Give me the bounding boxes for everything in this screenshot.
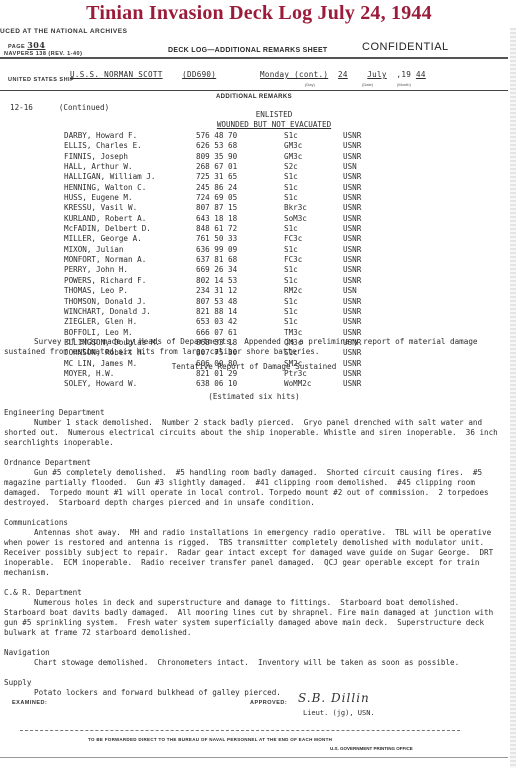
- crew-name: FINNIS, Joseph: [64, 152, 196, 162]
- enlisted-heading: ENLISTED: [0, 110, 508, 120]
- crew-name: MIXON, Julian: [64, 245, 196, 255]
- crew-name: ELLIS, Charles E.: [64, 141, 196, 151]
- service-number: 268 67 01: [196, 162, 284, 172]
- crew-name: HUSS, Eugene M.: [64, 193, 196, 203]
- section-text: Antennas shot away. MH and radio install…: [4, 528, 504, 578]
- day-sublabel: (Day): [305, 82, 315, 87]
- service-number: 724 69 05: [196, 193, 284, 203]
- roster-row: ELLIS, Charles E.626 53 68GM3cUSNR: [64, 141, 393, 151]
- header-rule: [0, 57, 508, 59]
- rating: S1c: [284, 307, 343, 317]
- section-text: Gun #5 completely demolished. #5 handlin…: [4, 468, 504, 508]
- service-number: 576 48 70: [196, 131, 284, 141]
- additional-remarks-heading: ADDITIONAL REMARKS: [0, 94, 508, 100]
- roster-row: POWERS, Richard F.802 14 53S1cUSNR: [64, 276, 393, 286]
- crew-name: POWERS, Richard F.: [64, 276, 196, 286]
- roster-row: DARBY, Howard F.576 48 70S1cUSNR: [64, 131, 393, 141]
- report-section: Engineering DepartmentNumber 1 stack dem…: [4, 408, 504, 448]
- roster-row: MIXON, Julian636 99 09S1cUSNR: [64, 245, 393, 255]
- archives-stamp: UCED AT THE NATIONAL ARCHIVES: [0, 28, 127, 35]
- crew-name: MILLER, George A.: [64, 234, 196, 244]
- log-date: 24: [338, 70, 348, 79]
- roster-row: FINNIS, Joseph809 35 90GM3cUSNR: [64, 152, 393, 162]
- service-number: 807 53 48: [196, 297, 284, 307]
- wounded-heading: WOUNDED BUT NOT EVACUATED: [0, 120, 508, 130]
- service-number: 669 26 34: [196, 265, 284, 275]
- approved-label: APPROVED:: [250, 700, 287, 706]
- service-number: 807 87 15: [196, 203, 284, 213]
- crew-name: THOMSON, Donald J.: [64, 297, 196, 307]
- service-number: 626 53 68: [196, 141, 284, 151]
- rating: S1c: [284, 265, 343, 275]
- section-heading: Ordnance Department: [4, 458, 504, 468]
- service-branch: USNR: [343, 276, 393, 286]
- hull-number: (DD690): [182, 70, 216, 79]
- report-section: NavigationChart stowage demolished. Chro…: [4, 648, 504, 668]
- crew-name: WINCHART, Donald J.: [64, 307, 196, 317]
- ship-line: U.S.S. NORMAN SCOTT (DD690) Monday (cont…: [70, 70, 426, 80]
- rating: S1c: [284, 276, 343, 286]
- printer-mark: U.S. GOVERNMENT PRINTING OFFICE: [330, 746, 413, 751]
- service-number: 637 81 68: [196, 255, 284, 265]
- section-text: Potato lockers and forward bulkhead of g…: [4, 688, 504, 698]
- roster-row: McFADIN, Delbert D.848 61 72S1cUSNR: [64, 224, 393, 234]
- classification-label: CONFIDENTIAL: [362, 41, 449, 53]
- service-branch: USNR: [343, 265, 393, 275]
- ship-rule: [0, 90, 508, 91]
- rating: S1c: [284, 297, 343, 307]
- service-number: 636 99 09: [196, 245, 284, 255]
- approval-line: [20, 730, 460, 731]
- crew-name: McFADIN, Delbert D.: [64, 224, 196, 234]
- service-number: 761 50 33: [196, 234, 284, 244]
- service-number: 848 61 72: [196, 224, 284, 234]
- section-text: Numerous holes in deck and superstructur…: [4, 598, 504, 638]
- page-title: Tinian Invasion Deck Log July 24, 1944: [0, 2, 518, 25]
- roster-row: WINCHART, Donald J.821 88 14S1cUSNR: [64, 307, 393, 317]
- service-number: 245 86 24: [196, 183, 284, 193]
- service-branch: USNR: [343, 297, 393, 307]
- crew-name: THOMAS, Leo P.: [64, 286, 196, 296]
- report-section: CommunicationsAntennas shot away. MH and…: [4, 518, 504, 578]
- rating: S1c: [284, 193, 343, 203]
- page-label: Page: [8, 44, 25, 50]
- roster-row: HALLIGAN, William J.725 31 65S1cUSNR: [64, 172, 393, 182]
- roster-row: THOMAS, Leo P.234 31 12RM2cUSN: [64, 286, 393, 296]
- section-heading: Communications: [4, 518, 504, 528]
- ship-label: UNITED STATES SHIP: [8, 77, 74, 83]
- section-heading: Supply: [4, 678, 504, 688]
- service-branch: USNR: [343, 141, 393, 151]
- service-number: 821 88 14: [196, 307, 284, 317]
- rating: S1c: [284, 172, 343, 182]
- rating: S1c: [284, 224, 343, 234]
- crew-name: PERRY, John H.: [64, 265, 196, 275]
- service-number: 725 31 65: [196, 172, 284, 182]
- roster-row: HENNING, Walton C.245 86 24S1cUSNR: [64, 183, 393, 193]
- officer-rank: Lieut. (jg), USN.: [303, 708, 375, 718]
- crew-name: KRESSU, Vasil W.: [64, 203, 196, 213]
- crew-name: MONFORT, Norman A.: [64, 255, 196, 265]
- report-section: Ordnance DepartmentGun #5 completely dem…: [4, 458, 504, 508]
- service-branch: USNR: [343, 307, 393, 317]
- rating: S1c: [284, 183, 343, 193]
- roster-row: THOMSON, Donald J.807 53 48S1cUSNR: [64, 297, 393, 307]
- service-number: 234 31 12: [196, 286, 284, 296]
- section-heading: Navigation: [4, 648, 504, 658]
- officer-signature: S.B. Dillin: [298, 691, 370, 705]
- crew-name: HALL, Arthur W.: [64, 162, 196, 172]
- rating: S1c: [284, 131, 343, 141]
- service-branch: USNR: [343, 131, 393, 141]
- ship-name: U.S.S. NORMAN SCOTT: [70, 70, 163, 79]
- service-branch: USN: [343, 286, 393, 296]
- section-text: Chart stowage demolished. Chronometers i…: [4, 658, 504, 668]
- report-section: C.& R. DepartmentNumerous holes in deck …: [4, 588, 504, 638]
- roster-row: MONFORT, Norman A.637 81 68FC3cUSNR: [64, 255, 393, 265]
- service-branch: USNR: [343, 224, 393, 234]
- footer-instruction: TO BE FORWARDED DIRECT TO THE BUREAU OF …: [88, 737, 332, 742]
- service-branch: USNR: [343, 183, 393, 193]
- service-branch: USNR: [343, 172, 393, 182]
- damage-report-sections: Engineering DepartmentNumber 1 stack dem…: [4, 408, 504, 708]
- rating: FC3c: [284, 255, 343, 265]
- log-day: Monday (cont.): [260, 70, 328, 79]
- roster-row: KRESSU, Vasil W.807 87 15Bkr3cUSNR: [64, 203, 393, 213]
- crew-name: KURLAND, Robert A.: [64, 214, 196, 224]
- examined-label: EXAMINED:: [12, 700, 47, 706]
- rating: FC3c: [284, 234, 343, 244]
- sheet-title: DECK LOG—ADDITIONAL REMARKS SHEET: [168, 47, 328, 54]
- roster-heading: ENLISTED WOUNDED BUT NOT EVACUATED: [0, 110, 508, 130]
- section-heading: C.& R. Department: [4, 588, 504, 598]
- log-month: July: [367, 70, 387, 79]
- service-branch: USNR: [343, 193, 393, 203]
- crew-name: HALLIGAN, William J.: [64, 172, 196, 182]
- crew-name: HENNING, Walton C.: [64, 183, 196, 193]
- rating: SoM3c: [284, 214, 343, 224]
- service-branch: USNR: [343, 234, 393, 244]
- roster-row: KURLAND, Robert A.643 18 18SoM3cUSNR: [64, 214, 393, 224]
- service-branch: USNR: [343, 152, 393, 162]
- service-number: 802 14 53: [196, 276, 284, 286]
- page-number-field: Page 304: [8, 40, 45, 50]
- service-number: 643 18 18: [196, 214, 284, 224]
- report-section: SupplyPotato lockers and forward bulkhea…: [4, 678, 504, 698]
- bottom-rule: [0, 757, 508, 758]
- roster-row: HALL, Arthur W.268 67 01S2cUSN: [64, 162, 393, 172]
- deck-log-sheet: UCED AT THE NATIONAL ARCHIVES Page 304 N…: [0, 28, 508, 768]
- rating: S1c: [284, 245, 343, 255]
- report-subtitle: (Estimated six hits): [4, 392, 504, 402]
- section-heading: Engineering Department: [4, 408, 504, 418]
- roster-row: PERRY, John H.669 26 34S1cUSNR: [64, 265, 393, 275]
- roster-row: MILLER, George A.761 50 33FC3cUSNR: [64, 234, 393, 244]
- rating: GM3c: [284, 141, 343, 151]
- scan-edge: [510, 28, 516, 768]
- rating: GM3c: [284, 152, 343, 162]
- rating: Bkr3c: [284, 203, 343, 213]
- service-branch: USNR: [343, 214, 393, 224]
- service-branch: USNR: [343, 255, 393, 265]
- crew-name: DARBY, Howard F.: [64, 131, 196, 141]
- roster-row: HUSS, Eugene M.724 69 05S1cUSNR: [64, 193, 393, 203]
- page-number: 304: [27, 40, 45, 50]
- service-branch: USNR: [343, 245, 393, 255]
- rating: RM2c: [284, 286, 343, 296]
- log-year: 44: [416, 70, 426, 79]
- month-sublabel: (Month): [397, 82, 411, 87]
- date-sublabel: (Date): [362, 82, 373, 87]
- service-number: 809 35 90: [196, 152, 284, 162]
- section-text: Number 1 stack demolished. Number 2 stac…: [4, 418, 504, 448]
- service-branch: USNR: [343, 203, 393, 213]
- rating: S2c: [284, 162, 343, 172]
- service-branch: USN: [343, 162, 393, 172]
- report-title: Tentative Report of Damage Sustained: [4, 362, 504, 372]
